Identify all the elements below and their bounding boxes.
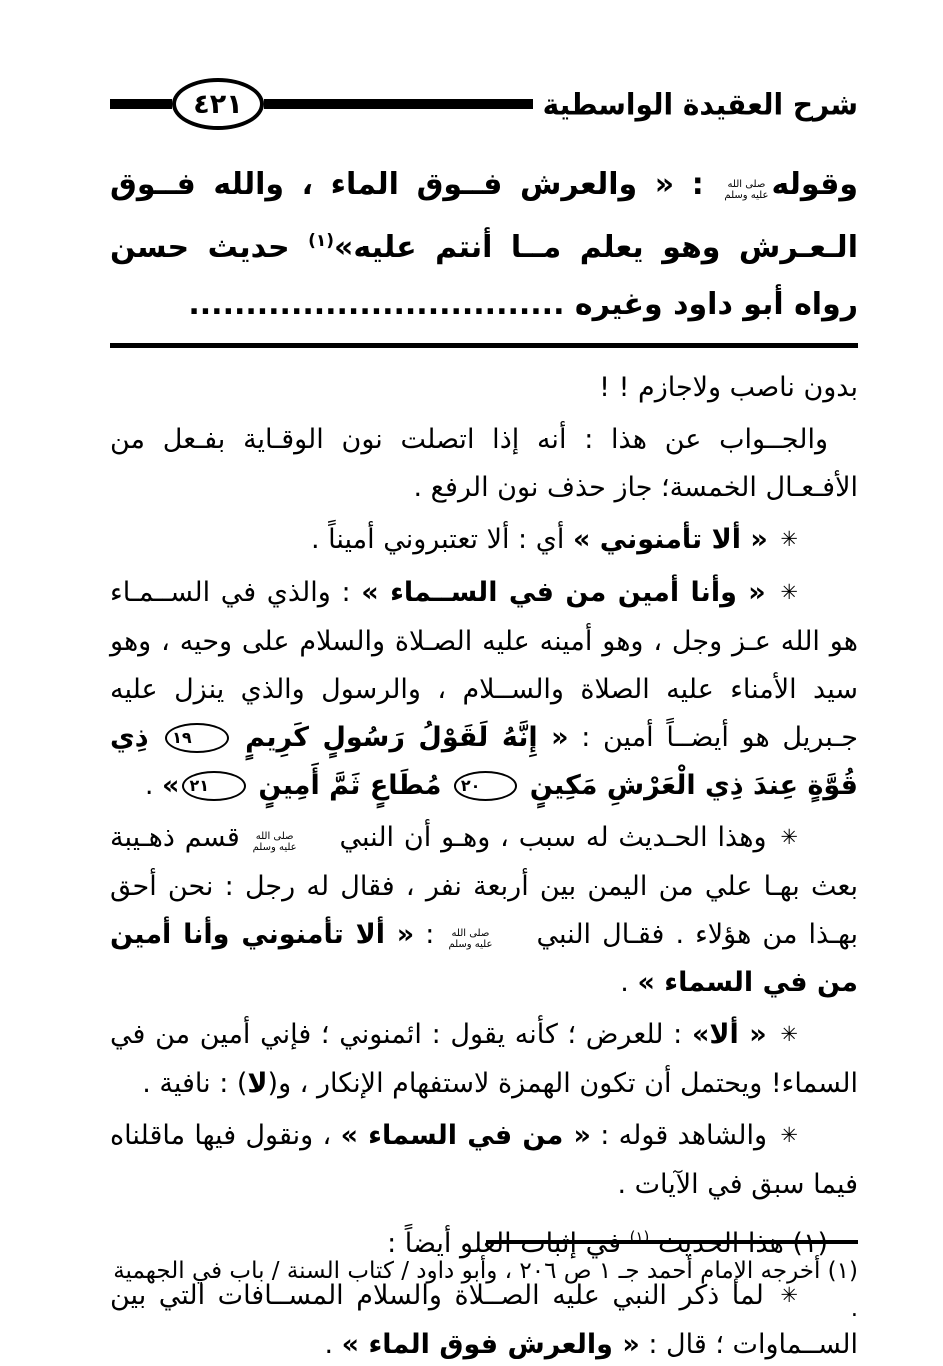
saw-line2: عليه وسلم [253,842,327,853]
hadith-quote: « ألا تأمنوني » [573,524,768,555]
ornate-bracket-open: « [551,722,568,753]
saw-line2: عليه وسلم [448,939,522,950]
bullet-text: : [414,919,445,950]
bullet-item: ✳ « ألا تأمنوني » أي : ألا تعتبروني أمين… [110,516,858,565]
asterisk-bullet-icon: ✳ [776,515,828,563]
paragraph-continuation: بدون ناصب ولاجازم ! ! [110,364,858,412]
verse-number-badge: ١٩ [165,723,229,753]
bullet-text: ) : نافية . [142,1068,247,1099]
asterisk-bullet-icon: ✳ [776,568,828,616]
saw-symbol: صلى اللهعليه وسلم [253,831,327,853]
verse-number-badge: ٢٠ [454,771,518,801]
section-divider [110,343,858,348]
bullet-text: . [324,1329,341,1360]
paragraph-text: بدون ناصب ولاجازم ! ! [599,372,858,403]
asterisk-bullet-icon: ✳ [776,813,828,861]
saw-symbol: صلى اللهعليه وسلم [448,928,522,950]
verse-number-badge: ٢١ [182,771,246,801]
commentary: بدون ناصب ولاجازم ! ! والجــواب عن هذا :… [110,364,858,1366]
bullet-item: ✳ والشاهد قوله : « من في السماء » ، ونقو… [110,1112,858,1209]
bullet-item: ✳ وهذا الحـديث له سبب ، وهـو أن النبي صل… [110,814,858,1007]
bullet-text: والشاهد قوله : [591,1120,767,1151]
header-rule-left [110,99,172,109]
footnote-rule [486,1240,858,1244]
page-header: شرح العقيدة الواسطية ٤٢١ [110,78,858,130]
matn-lead: وقوله [771,167,858,202]
bullet-item: ✳ « وأنا أمين من في الســماء » : والذي ف… [110,569,858,810]
footnote-text: (١) أخرجه الإمام أحمد جـ ١ ص ٢٠٦ ، وأبو … [110,1252,858,1328]
saw-line1: صلى الله [724,179,768,190]
footnote-marker: (١) [308,231,334,251]
saw-line1: صلى الله [253,831,327,842]
asterisk-bullet-icon: ✳ [776,1111,828,1159]
bullet-text: . [620,967,637,998]
bullet-text: أي : ألا تعتبروني أميناً . [311,524,573,555]
ayah-text: إِنَّهُ لَقَوْلُ رَسُولٍ كَرِيمٍ [232,722,551,753]
footnote-area: (١) أخرجه الإمام أحمد جـ ١ ص ٢٠٦ ، وأبو … [110,1240,858,1328]
bullet-item: ✳ « ألا» : للعرض ؛ كأنه يقول : ائمنوني ؛… [110,1011,858,1108]
hadith-quote: « والعرش فوق الماء » [342,1329,640,1360]
page-number-badge: ٤٢١ [172,78,264,130]
emphasis-word: لا [247,1068,267,1099]
asterisk-bullet-icon: ✳ [776,1010,828,1058]
hadith-quote: « ألا» [692,1019,767,1050]
page-number: ٤٢١ [193,89,242,120]
bullet-text: وهذا الحـديث له سبب ، وهـو أن النبي [330,822,767,853]
book-page: شرح العقيدة الواسطية ٤٢١ وقولهصلى اللهعل… [0,0,943,1366]
saw-symbol: صلى اللهعليه وسلم [724,179,768,201]
ayah-text: مُطَاعٍ ثَمَّ أَمِينٍ [249,770,451,801]
dot-leader: ................................. [188,287,564,322]
saw-line2: عليه وسلم [724,190,768,201]
saw-line1: صلى الله [448,928,522,939]
book-title: شرح العقيدة الواسطية [533,87,858,122]
hadith-quote: « من في السماء » [341,1120,591,1151]
matn-text: وقولهصلى اللهعليه وسلم : « والعرش فــوق … [110,156,858,333]
header-rule-right [264,99,533,109]
paragraph-answer: والجــواب عن هذا : أنه إذا اتصلت نون الو… [110,416,858,512]
bullet-text: . [145,770,162,801]
hadith-quote: « وأنا أمين من في الســماء » [361,577,766,608]
paragraph-text: والجــواب عن هذا : أنه إذا اتصلت نون الو… [110,424,858,503]
ornate-bracket-close: » [162,770,179,801]
